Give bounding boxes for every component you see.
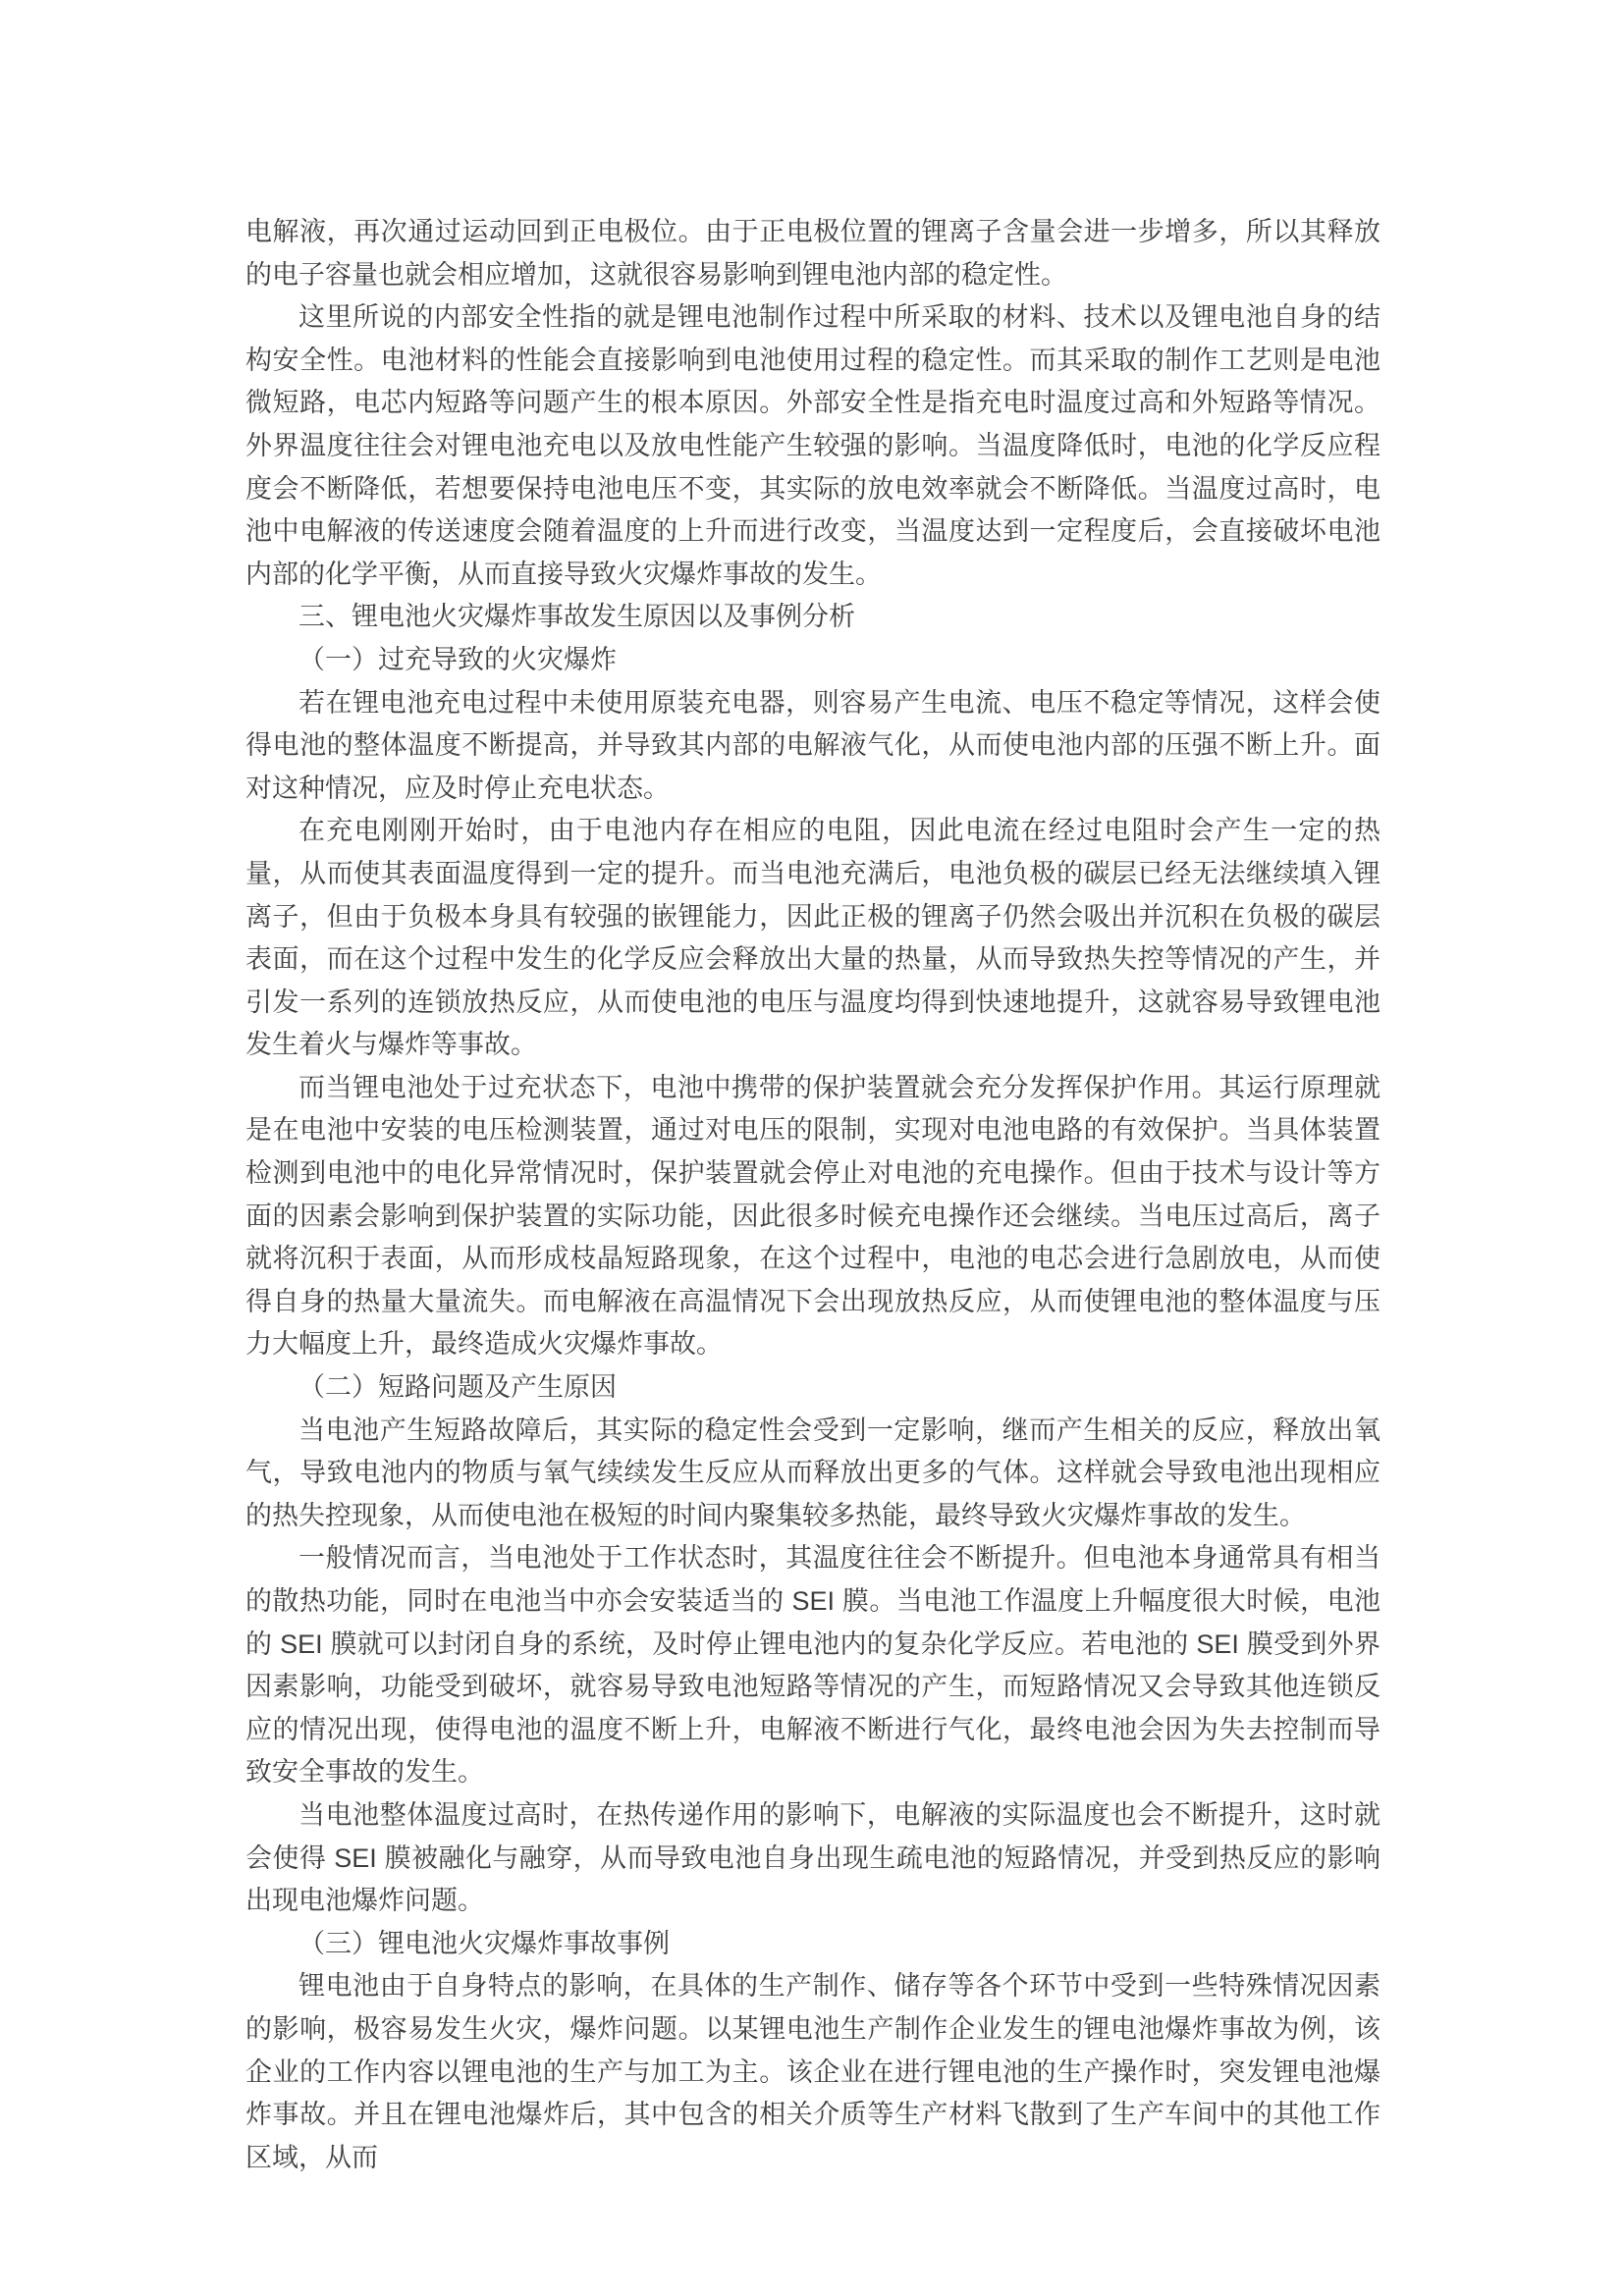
paragraph: 若在锂电池充电过程中未使用原装充电器，则容易产生电流、电压不稳定等情况，这样会使… <box>245 682 1380 811</box>
section-heading: 三、锂电池火灾爆炸事故发生原因以及事例分析 <box>245 596 1380 639</box>
sub-heading: （一）过充导致的火灾爆炸 <box>245 639 1380 682</box>
paragraph: 当电池整体温度过高时，在热传递作用的影响下，电解液的实际温度也会不断提升，这时就… <box>245 1794 1380 1923</box>
paragraph: 这里所说的内部安全性指的就是锂电池制作过程中所采取的材料、技术以及锂电池自身的结… <box>245 296 1380 596</box>
paragraph: 当电池产生短路故障后，其实际的稳定性会受到一定影响，继而产生相关的反应，释放出氧… <box>245 1410 1380 1538</box>
paragraph: 一般情况而言，当电池处于工作状态时，其温度往往会不断提升。但电池本身通常具有相当… <box>245 1537 1380 1794</box>
sub-heading: （二）短路问题及产生原因 <box>245 1366 1380 1410</box>
paragraph: 锂电池由于自身特点的影响，在具体的生产制作、储存等各个环节中受到一些特殊情况因素… <box>245 1965 1380 2179</box>
paragraph: 而当锂电池处于过充状态下，电池中携带的保护装置就会充分发挥保护作用。其运行原理就… <box>245 1067 1380 1366</box>
paragraph: 电解液，再次通过运动回到正电极位。由于正电极位置的锂离子含量会进一步增多，所以其… <box>245 211 1380 296</box>
document-page: 电解液，再次通过运动回到正电极位。由于正电极位置的锂离子含量会进一步增多，所以其… <box>0 0 1624 2296</box>
document-body: 电解液，再次通过运动回到正电极位。由于正电极位置的锂离子含量会进一步增多，所以其… <box>245 211 1380 2179</box>
sub-heading: （三）锂电池火灾爆炸事故事例 <box>245 1923 1380 1966</box>
paragraph: 在充电刚刚开始时，由于电池内存在相应的电阻，因此电流在经过电阻时会产生一定的热量… <box>245 810 1380 1067</box>
